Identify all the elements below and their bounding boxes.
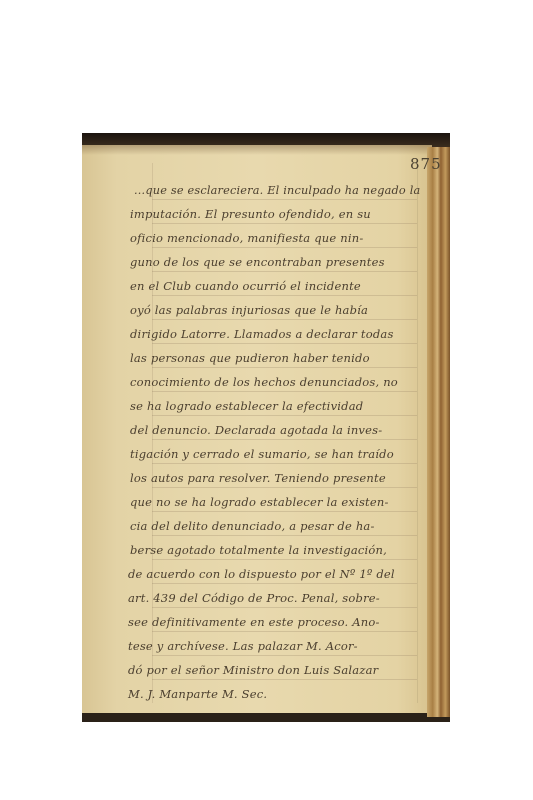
page-number: 875: [410, 155, 442, 173]
ledger-photo: 875 ...que se esclareciera. El inculpado…: [82, 133, 450, 722]
handwritten-line: se ha logrado establecer la efectividad: [130, 399, 363, 413]
page-edges: [427, 147, 450, 717]
ruled-line: [152, 415, 417, 416]
ruled-line: [152, 199, 417, 200]
ruled-line: [152, 391, 417, 392]
handwritten-line: que no se ha logrado establecer la exist…: [130, 495, 389, 509]
ruled-line: [152, 679, 417, 680]
handwritten-line: del denuncio. Declarada agotada la inves…: [130, 423, 382, 437]
handwritten-line: see definitivamente en este proceso. Ano…: [128, 615, 380, 629]
ruled-line: [152, 247, 417, 248]
ruled-line: [152, 487, 417, 488]
ruled-line: [152, 367, 417, 368]
handwritten-line: los autos para resolver. Teniendo presen…: [130, 471, 386, 485]
handwritten-line: dirigido Latorre. Llamados a declarar to…: [130, 327, 394, 341]
handwritten-line: dó por el señor Ministro don Luis Salaza…: [128, 663, 378, 677]
ruled-line: [152, 223, 417, 224]
ruled-line: [152, 655, 417, 656]
ruled-line: [152, 319, 417, 320]
ruled-line: [152, 511, 417, 512]
margin-rule: [417, 163, 418, 703]
handwritten-line: oyó las palabras injuriosas que le había: [130, 303, 368, 317]
handwritten-line: tigación y cerrado el sumario, se han tr…: [130, 447, 394, 461]
handwritten-line: art. 439 del Código de Proc. Penal, sobr…: [128, 591, 380, 605]
handwritten-line: M. J. Manparte M. Sec.: [128, 687, 267, 701]
handwritten-line: ...que se esclareciera. El inculpado ha …: [134, 183, 420, 197]
handwritten-line: oficio mencionado, manifiesta que nin-: [130, 231, 363, 245]
ruled-line: [152, 463, 417, 464]
ruled-line: [152, 583, 417, 584]
handwritten-line: las personas que pudieron haber tenido: [130, 351, 370, 365]
ruled-line: [152, 559, 417, 560]
ruled-line: [152, 607, 417, 608]
handwritten-line: de acuerdo con lo dispuesto por el Nº 1º…: [128, 567, 395, 581]
handwritten-line: tese y archívese. Las palazar M. Acor-: [128, 639, 358, 653]
ruled-line: [152, 439, 417, 440]
ruled-line: [152, 271, 417, 272]
ruled-line: [152, 631, 417, 632]
ruled-line: [152, 343, 417, 344]
handwritten-line: imputación. El presunto ofendido, en su: [130, 207, 371, 221]
handwritten-line: guno de los que se encontraban presentes: [130, 255, 385, 269]
ruled-line: [152, 295, 417, 296]
handwritten-line: en el Club cuando ocurrió el incidente: [130, 279, 361, 293]
handwritten-line: conocimiento de los hechos denunciados, …: [130, 375, 398, 389]
handwritten-line: berse agotado totalmente la investigació…: [130, 543, 387, 557]
page-shadow: [82, 145, 432, 155]
handwritten-line: cia del delito denunciado, a pesar de ha…: [130, 519, 375, 533]
ruled-line: [152, 535, 417, 536]
